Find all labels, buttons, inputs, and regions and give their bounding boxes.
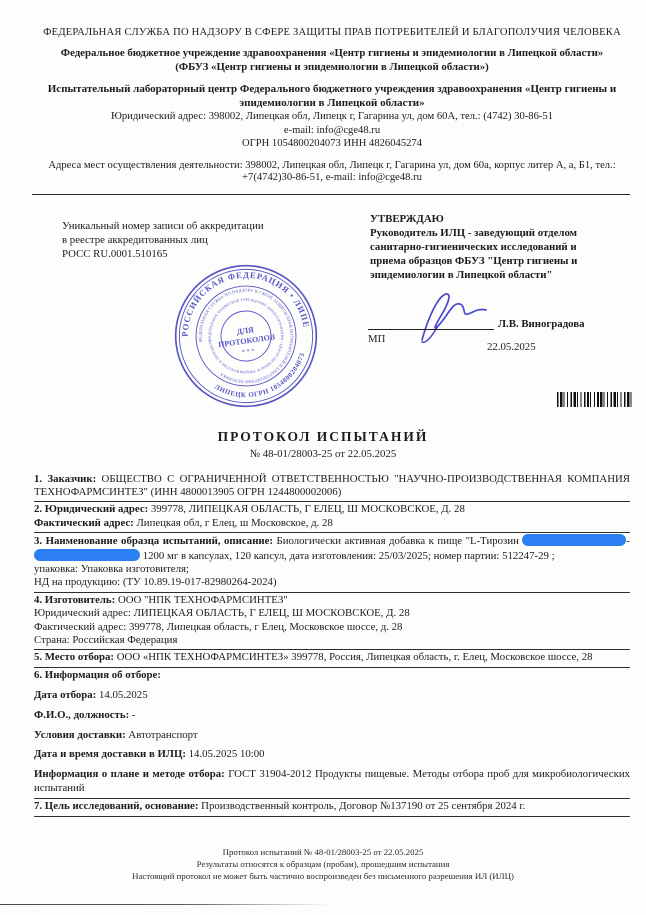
protocol-number: № 48-01/28003-25 от 22.05.2025 [0,448,646,460]
section-line: 7. Цель исследований, основание: Произво… [34,800,630,813]
section-line: 3. Наименование образца испытаний, описа… [34,534,630,563]
section-line: Ф.И.О., должность: - [34,709,630,722]
field-value: Производственный контроль, Договор №1371… [201,800,525,812]
approval-position-line1: Руководитель ИЛЦ - заведующий отделом [370,226,632,240]
section-line: 6. Информация об отборе: [34,669,630,682]
field-label: Дата отбора: [34,689,99,701]
field-label: Фактический адрес: [34,517,136,529]
footer-protocol-number: Протокол испытаний № 48-01/28003-25 от 2… [0,846,646,858]
field-label: Дата и время доставки в ИЛЦ: [34,748,189,760]
field-value: упаковка: Упаковка изготовителя; [34,563,189,575]
field-value: 14.05.2025 [99,689,148,701]
section-line: Дата отбора: 14.05.2025 [34,689,630,702]
section-line: упаковка: Упаковка изготовителя; [34,563,630,576]
legal-address: Юридический адрес: 398002, Липецкая обл,… [34,111,630,124]
protocol-section: 5. Место отбора: ООО «НПК ТЕХНОФАРМСИНТЕ… [34,650,630,667]
field-label: 2. Юридический адрес: [34,503,151,515]
footer-results-note: Результаты относятся к образцам (пробам)… [0,858,646,870]
approval-position-line4: эпидемиологии в Липецкой области" [370,268,632,282]
section-line: Дата и время доставки в ИЛЦ: 14.05.2025 … [34,748,630,761]
field-value: Биологически активная добавка к пище "L-… [277,535,523,547]
footer-copyright-note: Настоящий протокол не может быть частичн… [0,870,646,882]
section-line: 1. Заказчик: ОБЩЕСТВО С ОГРАНИЧЕННОЙ ОТВ… [34,473,630,500]
email-line: e-mail: info@cge48.ru [34,125,630,138]
testing-lab-center-name: Испытательный лабораторный центр Федерал… [34,83,630,110]
accreditation-number: РОСС RU.0001.510165 [62,247,264,261]
field-value: Юридический адрес: ЛИПЕЦКАЯ ОБЛАСТЬ, Г Е… [34,607,410,619]
accreditation-line1: Уникальный номер записи об аккредитации [62,219,264,233]
field-label: 7. Цель исследований, основание: [34,800,201,812]
document-header: ФЕДЕРАЛЬНАЯ СЛУЖБА ПО НАДЗОРУ В СФЕРЕ ЗА… [34,0,630,185]
field-value: ООО «НПК ТЕХНОФАРМСИНТЕЗ» 399778, Россия… [117,651,593,663]
section-line: Страна: Российская Федерация [34,634,630,647]
field-value: Страна: Российская Федерация [34,634,177,646]
approval-band: Уникальный номер записи об аккредитации … [0,195,646,415]
section-line: НД на продукцию: (ТУ 10.89.19-017-829802… [34,576,630,589]
field-value: Фактический адрес: 399778, Липецкая обла… [34,621,402,633]
accreditation-line2: в реестре аккредитованных лиц [62,233,264,247]
protocol-section: 2. Юридический адрес: 399778, ЛИПЕЦКАЯ О… [34,502,630,533]
activity-address: Адреса мест осуществления деятельности: … [34,160,630,185]
field-value: Автотранспорт [128,729,197,741]
protocol-section: 6. Информация об отборе:Дата отбора: 14.… [34,668,630,799]
redaction-pill [34,549,140,561]
protocol-section: 3. Наименование образца испытаний, описа… [34,533,630,593]
protocol-section: 4. Изготовитель: ООО "НПК ТЕХНОФАРМСИНТЕ… [34,593,630,651]
field-label: 4. Изготовитель: [34,594,118,606]
field-label: 5. Место отбора: [34,651,117,663]
redaction-pill [522,534,626,546]
field-label: Ф.И.О., должность: [34,709,132,721]
field-label: 3. Наименование образца испытаний, описа… [34,535,277,547]
field-value: - [626,535,630,547]
field-label: 6. Информация об отборе: [34,669,161,681]
field-value: ОБЩЕСТВО С ОГРАНИЧЕННОЙ ОТВЕТСТВЕННОСТЬЮ… [34,473,630,498]
protocol-section: 1. Заказчик: ОБЩЕСТВО С ОГРАНИЧЕННОЙ ОТВ… [34,472,630,503]
section-line: Условия доставки: Автотранспорт [34,729,630,742]
scan-artifact-line [0,904,330,905]
section-line: 2. Юридический адрес: 399778, ЛИПЕЦКАЯ О… [34,503,630,516]
protocol-document-page: ФЕДЕРАЛЬНАЯ СЛУЖБА ПО НАДЗОРУ В СФЕРЕ ЗА… [0,0,646,915]
field-value: 1200 мг в капсулах, 120 капсул, дата изг… [140,550,555,562]
accreditation-block: Уникальный номер записи об аккредитации … [62,219,264,261]
sections: 1. Заказчик: ОБЩЕСТВО С ОГРАНИЧЕННОЙ ОТВ… [34,472,630,817]
section-line: 4. Изготовитель: ООО "НПК ТЕХНОФАРМСИНТЕ… [34,594,630,607]
organization-name: Федеральное бюджетное учреждение здравоо… [34,47,630,74]
field-value: 399778, ЛИПЕЦКАЯ ОБЛАСТЬ, Г ЕЛЕЦ, Ш МОСК… [151,503,465,515]
field-label: Информация о плане и методе отбора: [34,768,228,780]
approval-title: УТВЕРЖДАЮ [370,212,632,226]
section-line: Информация о плане и методе отбора: ГОСТ… [34,768,630,795]
protocol-section: 7. Цель исследований, основание: Произво… [34,799,630,816]
section-line: Фактический адрес: 399778, Липецкая обла… [34,621,630,634]
approval-position-line3: приема образцов ФБУЗ "Центр гигиены и [370,254,632,268]
organization-full-name: Федеральное бюджетное учреждение здравоо… [34,47,630,61]
field-value: ООО "НПК ТЕХНОФАРМСИНТЕЗ" [118,594,288,606]
field-label: Условия доставки: [34,729,128,741]
section-line: Юридический адрес: ЛИПЕЦКАЯ ОБЛАСТЬ, Г Е… [34,607,630,620]
field-value: НД на продукцию: (ТУ 10.89.19-017-829802… [34,576,277,588]
approval-block: УТВЕРЖДАЮ Руководитель ИЛЦ - заведующий … [370,212,632,282]
federal-service-name: ФЕДЕРАЛЬНАЯ СЛУЖБА ПО НАДЗОРУ В СФЕРЕ ЗА… [34,26,630,39]
field-value: 14.05.2025 10:00 [189,748,265,760]
protocol-title-block: ПРОТОКОЛ ИСПЫТАНИЙ № 48-01/28003-25 от 2… [0,429,646,460]
organization-short-name: (ФБУЗ «Центр гигиены и эпидемиологии в Л… [34,61,630,75]
field-value: - [132,709,136,721]
field-value: Липецкая обл, г Елец, ш Московское, д. 2… [136,517,332,529]
section-line: Фактический адрес: Липецкая обл, г Елец,… [34,517,630,530]
document-footer: Протокол испытаний № 48-01/28003-25 от 2… [0,846,646,882]
approval-position-line2: санитарно-гигиенических исследований и [370,240,632,254]
protocol-title: ПРОТОКОЛ ИСПЫТАНИЙ [0,429,646,445]
field-label: 1. Заказчик: [34,473,102,485]
ogrn-inn-line: ОГРН 1054800204073 ИНН 4826045274 [34,138,630,151]
section-line: 5. Место отбора: ООО «НПК ТЕХНОФАРМСИНТЕ… [34,651,630,664]
